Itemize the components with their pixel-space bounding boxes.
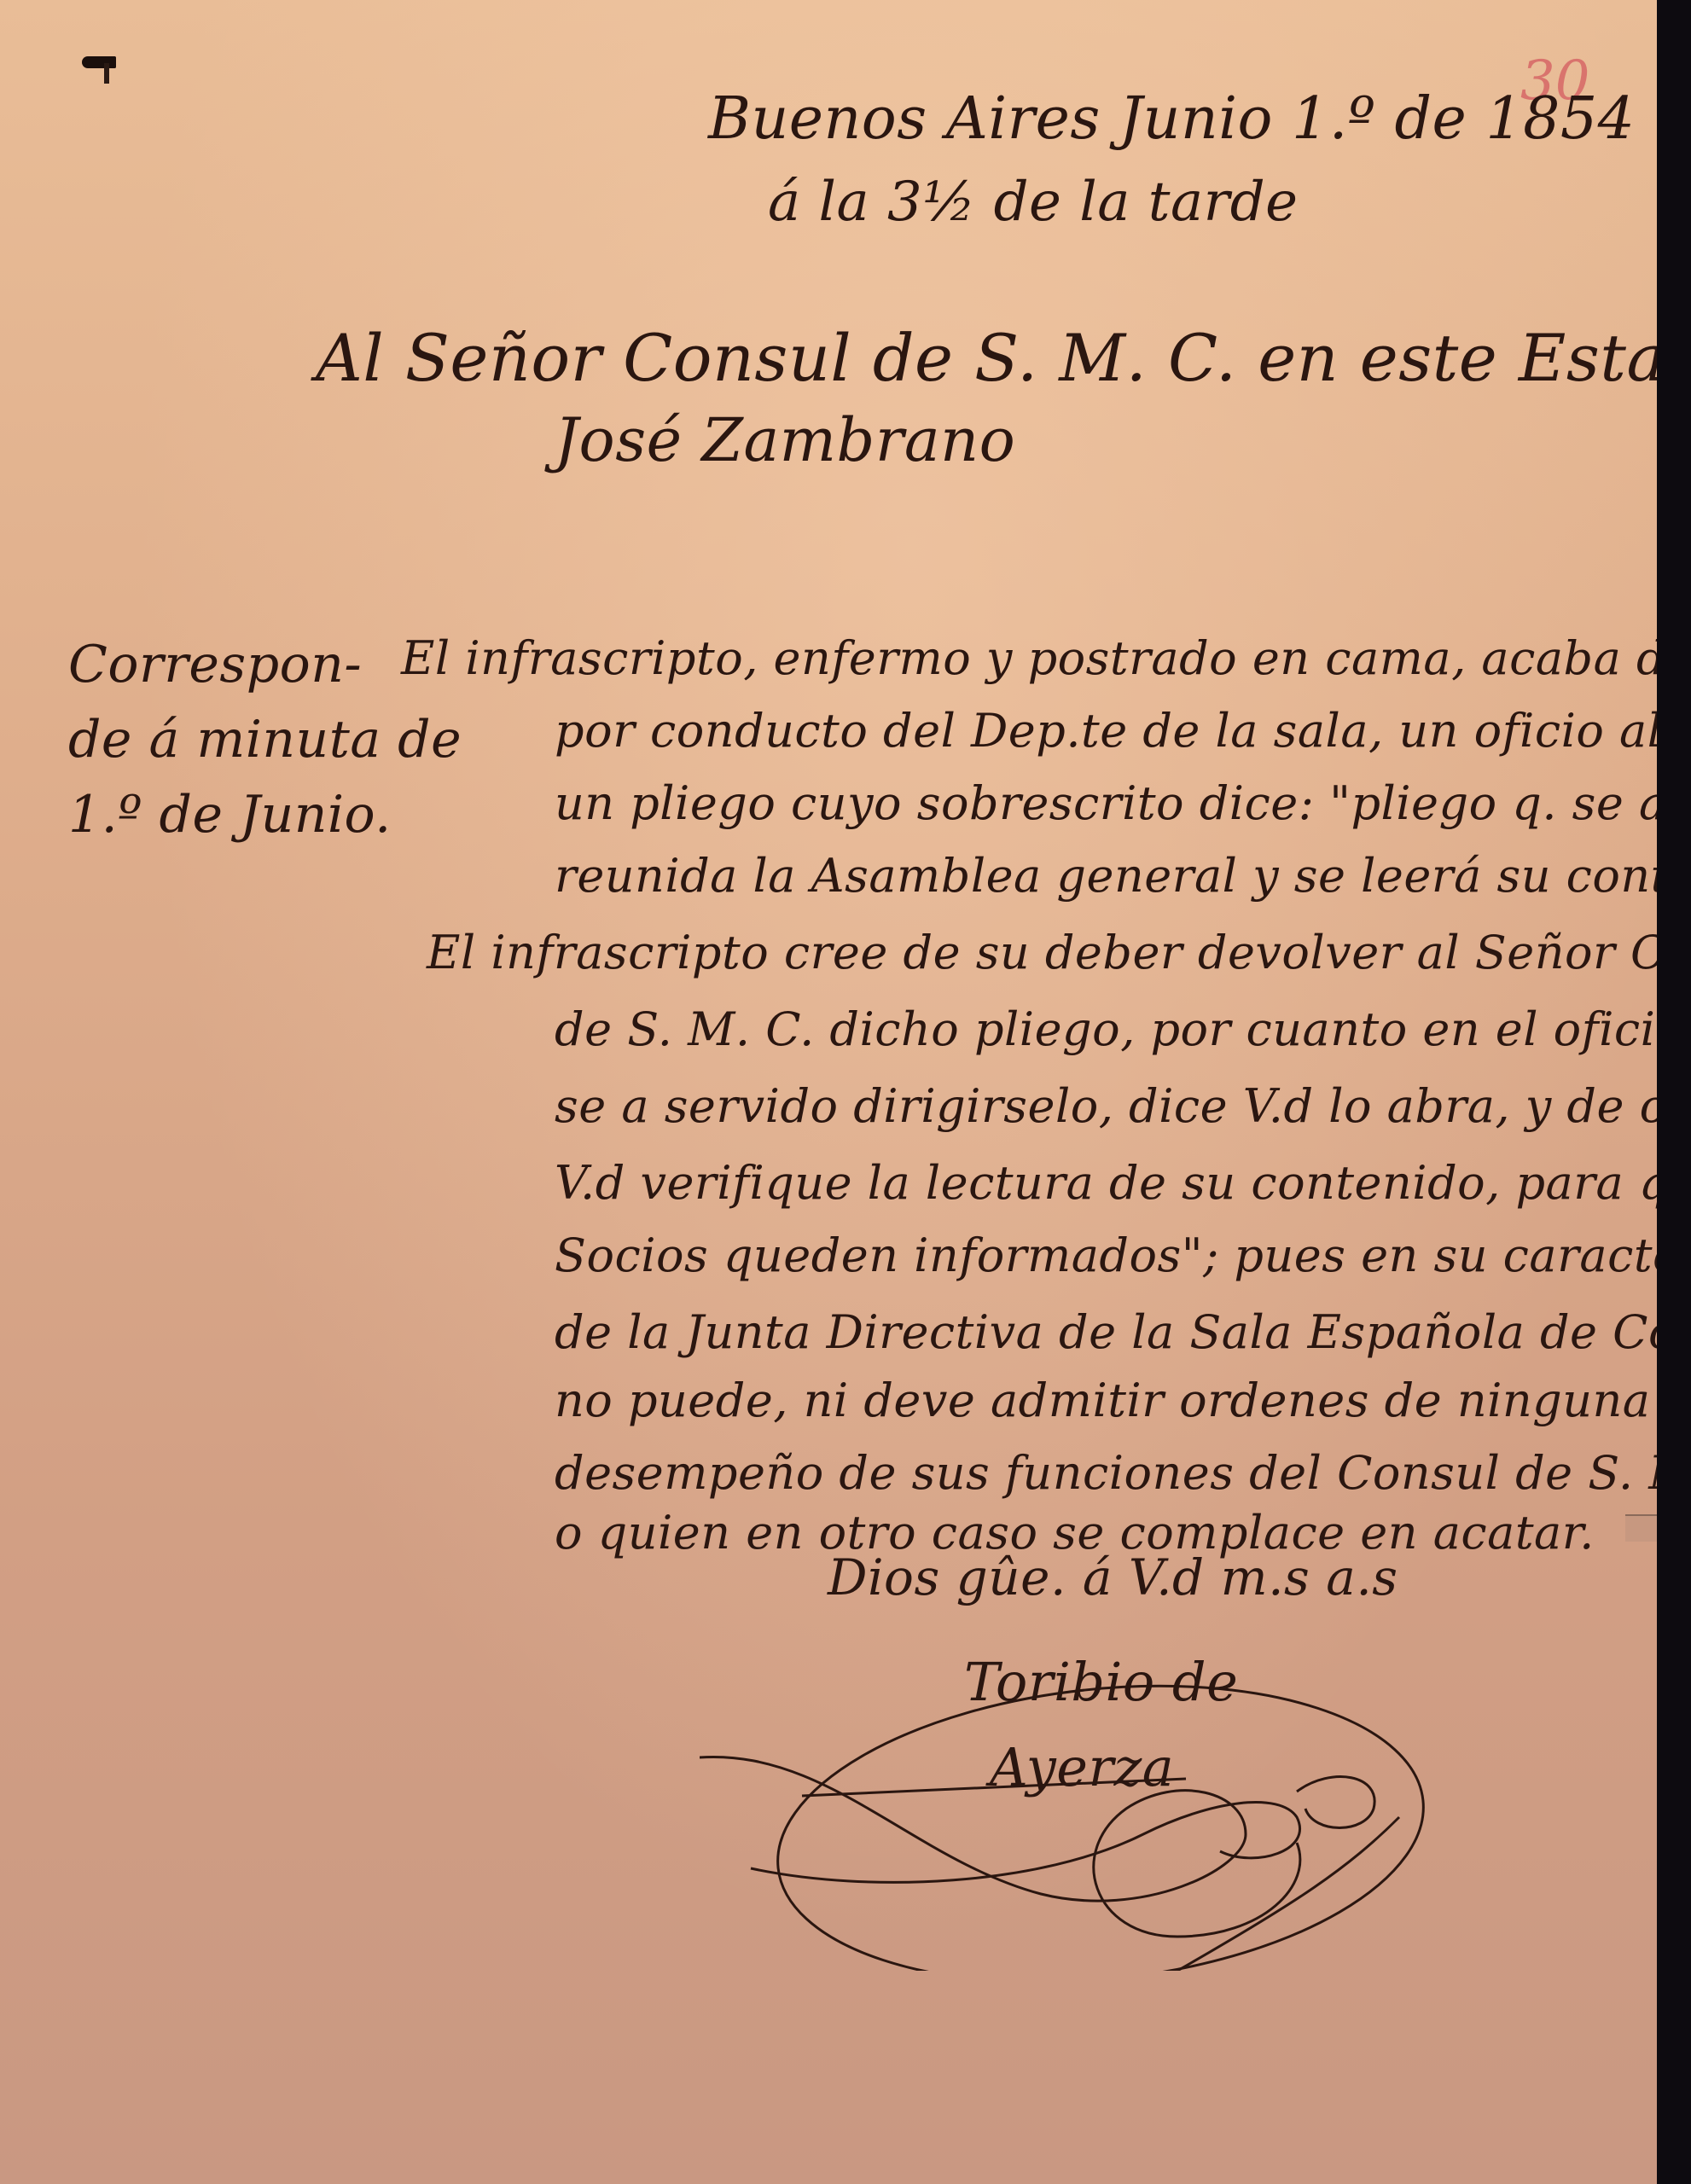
signature-line-2: Ayerza [990,1736,1174,1798]
addressee-line-2: José Zambrano [555,405,1015,475]
body-line: un pliego cuyo sobrescrito dice: "pliego… [555,776,1691,830]
manuscript-page: 30 Buenos Aires Junio 1.º de 1854 á la 3… [0,0,1657,2184]
body-line: Socios queden informados"; pues en su ca… [555,1228,1691,1282]
place-date-line: Buenos Aires Junio 1.º de 1854 [708,85,1635,153]
scan-background-edge [1657,0,1691,2184]
body-line: El infrascripto cree de su deber devolve… [427,926,1691,979]
body-line: reunida la Asamblea general y se leerá s… [555,849,1691,903]
body-line: de S. M. C. dicho pliego, por cuanto en … [555,1002,1691,1056]
body-line: El infrascripto, enfermo y postrado en c… [401,631,1691,685]
torn-edge [1625,1514,1657,1542]
body-line: por conducto del Dep.te de la sala, un o… [555,704,1691,758]
closing-formula: Dios gûe. á V.d m.s a.s [828,1548,1398,1606]
time-line: á la 3½ de la tarde [768,171,1299,234]
body-line: de la Junta Directiva de la Sala Español… [555,1305,1691,1359]
body-line: no puede, ni deve admitir ordenes de nin… [555,1374,1691,1427]
body-line: desempeño de sus funciones del Consul de… [555,1446,1691,1500]
signature-line-1: Toribio de [964,1651,1238,1713]
body-line: V.d verifique la lectura de su contenido… [555,1156,1691,1210]
paper-hole [82,56,116,68]
body-line: se a servido dirigirselo, dice V.d lo ab… [555,1079,1691,1133]
addressee-line-1: Al Señor Consul de S. M. C. en este Esta… [316,320,1691,396]
